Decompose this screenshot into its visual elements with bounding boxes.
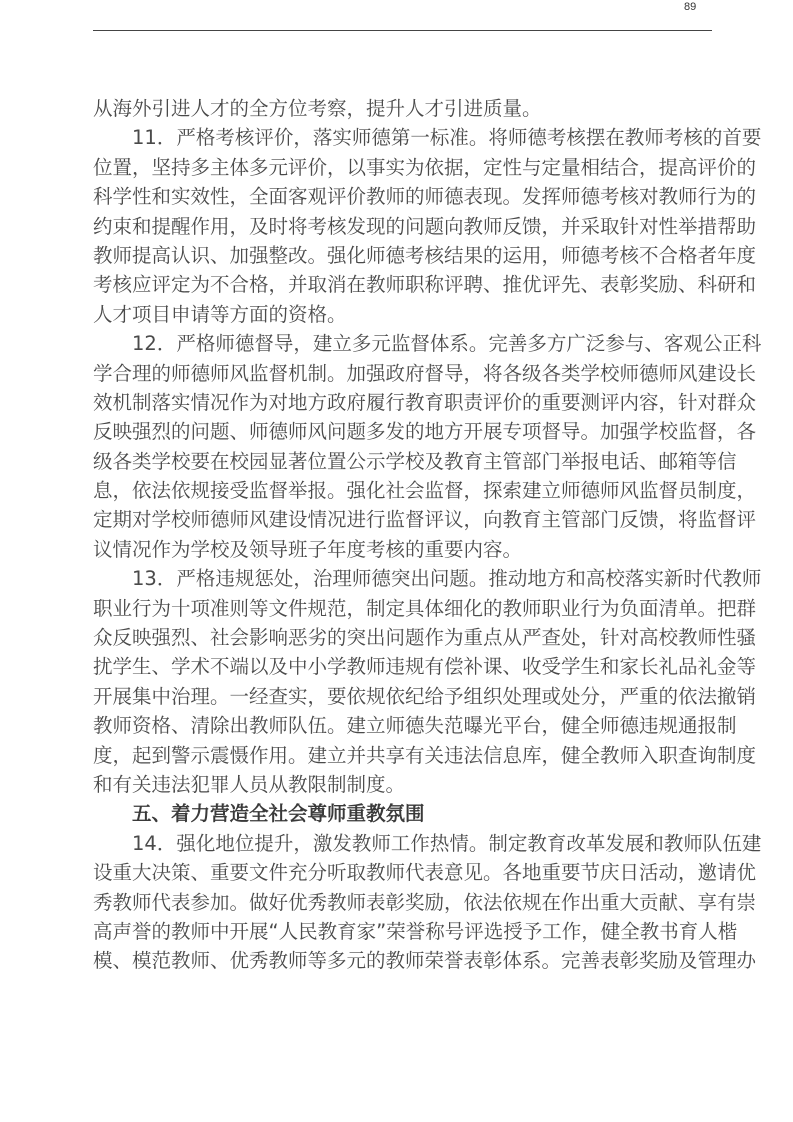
section-heading: 五、着力营造全社会尊师重教氛围 (93, 799, 713, 828)
item-13-line: 开展集中治理。一经查实，要依规依纪给予组织处理或处分，严重的依法撤销 (93, 682, 713, 711)
item-13-line: 13．严格违规惩处，治理师德突出问题。推动地方和高校落实新时代教师 (93, 564, 713, 593)
item-11-line: 11．严格考核评价，落实师德第一标准。将师德考核摆在教师考核的首要 (93, 123, 713, 152)
item-13-line: 教师资格、清除出教师队伍。建立师德失范曝光平台，健全师德违规通报制 (93, 711, 713, 740)
item-14-line: 设重大决策、重要文件充分听取教师代表意见。各地重要节庆日活动，邀请优 (93, 858, 713, 887)
item-12-line: 级各类学校要在校园显著位置公示学校及教育主管部门举报电话、邮箱等信 (93, 447, 713, 476)
item-14-line: 14．强化地位提升，激发教师工作热情。制定教育改革发展和教师队伍建 (93, 829, 713, 858)
item-13-line: 和有关违法犯罪人员从教限制制度。 (93, 770, 713, 799)
document-body: 从海外引进人才的全方位考察，提升人才引进质量。 11．严格考核评价，落实师德第一… (93, 94, 713, 976)
item-14-line: 秀教师代表参加。做好优秀教师表彰奖励，依法依规在作出重大贡献、享有崇 (93, 888, 713, 917)
item-11-line: 位置，坚持多主体多元评价，以事实为依据，定性与定量相结合，提高评价的 (93, 153, 713, 182)
item-12-line: 学合理的师德师风监督机制。加强政府督导，将各级各类学校师德师风建设长 (93, 359, 713, 388)
item-11-line: 教师提高认识、加强整改。强化师德考核结果的运用，师德考核不合格者年度 (93, 241, 713, 270)
item-12-line: 12．严格师德督导，建立多元监督体系。完善多方广泛参与、客观公正科 (93, 329, 713, 358)
item-14-line: 模、模范教师、优秀教师等多元的教师荣誉表彰体系。完善表彰奖励及管理办 (93, 946, 713, 975)
item-12-line: 反映强烈的问题、师德师风问题多发的地方开展专项督导。加强学校监督，各 (93, 417, 713, 446)
item-12-line: 息，依法依规接受监督举报。强化社会监督，探索建立师德师风监督员制度， (93, 476, 713, 505)
item-13-line: 众反映强烈、社会影响恶劣的突出问题作为重点从严查处，针对高校教师性骚 (93, 623, 713, 652)
header-rule (93, 30, 712, 31)
item-13-line: 度，起到警示震慑作用。建立并共享有关违法信息库，健全教师入职查询制度 (93, 741, 713, 770)
item-11-line: 人才项目申请等方面的资格。 (93, 300, 713, 329)
page-number: 89 (684, 1, 696, 13)
item-13-line: 职业行为十项准则等文件规范，制定具体细化的教师职业行为负面清单。把群 (93, 594, 713, 623)
text-line: 从海外引进人才的全方位考察，提升人才引进质量。 (93, 94, 713, 123)
item-13-line: 扰学生、学术不端以及中小学教师违规有偿补课、收受学生和家长礼品礼金等 (93, 652, 713, 681)
item-12-line: 定期对学校师德师风建设情况进行监督评议，向教育主管部门反馈，将监督评 (93, 505, 713, 534)
item-11-line: 考核应评定为不合格，并取消在教师职称评聘、推优评先、表彰奖励、科研和 (93, 270, 713, 299)
item-12-line: 议情况作为学校及领导班子年度考核的重要内容。 (93, 535, 713, 564)
item-12-line: 效机制落实情况作为对地方政府履行教育职责评价的重要测评内容，针对群众 (93, 388, 713, 417)
item-11-line: 约束和提醒作用，及时将考核发现的问题向教师反馈，并采取针对性举措帮助 (93, 212, 713, 241)
item-11-line: 科学性和实效性，全面客观评价教师的师德表现。发挥师德考核对教师行为的 (93, 182, 713, 211)
item-14-line: 高声誉的教师中开展“人民教育家”荣誉称号评选授予工作，健全教书育人楷 (93, 917, 713, 946)
